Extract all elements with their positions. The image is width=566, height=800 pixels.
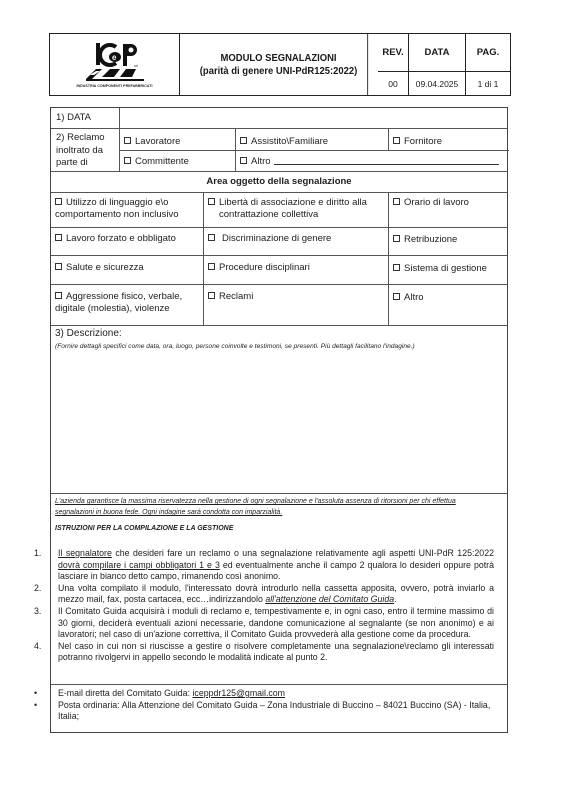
checkbox-icon[interactable]	[393, 235, 400, 242]
bullet-icon: •	[34, 700, 37, 712]
divider	[51, 493, 507, 494]
revision-label: REV.	[378, 34, 409, 72]
instruction-text: .	[394, 594, 396, 604]
divider	[51, 325, 507, 326]
checkbox-sistema-gestione[interactable]: Sistema di gestione	[393, 263, 487, 275]
option-label: Lavoro forzato e obbligato	[66, 233, 176, 244]
option-label: Reclami	[219, 291, 253, 302]
checkbox-altro-area[interactable]: Altro	[393, 292, 424, 304]
label-line: 2) Reclamo	[56, 132, 105, 145]
checkbox-altro-reporter[interactable]: Altro	[240, 156, 499, 168]
option-label: digitale (molestia), violenze	[55, 303, 182, 315]
contact-item: •E-mail diretta del Comitato Guida: icep…	[34, 688, 494, 700]
checkbox-procedure-disciplinari[interactable]: Procedure disciplinari	[208, 262, 310, 274]
option-label: Lavoratore	[135, 136, 180, 147]
altro-text-field[interactable]	[274, 157, 499, 165]
instruction-text: dovrà compilare i campi obbligatori 1 e …	[58, 560, 220, 570]
checkbox-retribuzione[interactable]: Retribuzione	[393, 234, 457, 246]
checkbox-icon[interactable]	[124, 137, 131, 144]
field-description-hint: (Fornire dettagli specifici come data, o…	[55, 341, 415, 353]
instruction-text: Il segnalatore	[58, 548, 112, 558]
checkbox-assistito-familiare[interactable]: Assistito\Familiare	[240, 136, 328, 148]
divider	[51, 684, 507, 685]
option-label: Committente	[135, 156, 189, 167]
option-label: Fornitore	[404, 136, 442, 147]
instruction-number: 1.	[34, 548, 41, 560]
checkbox-liberta-associazione[interactable]: Libertà di associazione e diritto allaco…	[208, 197, 367, 221]
option-label: Retribuzione	[404, 234, 457, 245]
svg-text:srl: srl	[134, 64, 138, 68]
option-label: contrattazione collettiva	[208, 209, 367, 221]
checkbox-icon[interactable]	[208, 292, 215, 299]
checkbox-salute-sicurezza[interactable]: Salute e sicurezza	[55, 262, 144, 274]
instruction-number: 4.	[34, 641, 41, 653]
date-value: 09.04.2025	[409, 72, 466, 95]
divider	[203, 192, 204, 325]
option-label: Procedure disciplinari	[219, 262, 310, 273]
svg-text:e: e	[112, 53, 117, 62]
checkbox-orario-lavoro[interactable]: Orario di lavoro	[393, 197, 469, 209]
divider	[51, 171, 507, 172]
title-line-1: MODULO SEGNALAZIONI	[221, 52, 337, 65]
field-description-label: 3) Descrizione:	[55, 328, 122, 340]
divider	[119, 108, 120, 171]
company-logo: e srl INDUSTRIA COMPONENTI PREFABBRICATI	[50, 34, 180, 95]
instruction-item: 2.Una volta compilato il modulo, l'inter…	[34, 583, 494, 606]
instruction-number: 2.	[34, 583, 41, 595]
option-label: Altro	[404, 292, 424, 303]
contacts-list: •E-mail diretta del Comitato Guida: icep…	[34, 688, 494, 723]
checkbox-discriminazione-genere[interactable]: Discriminazione di genere	[208, 233, 331, 245]
checkbox-icon[interactable]	[55, 263, 62, 270]
checkbox-fornitore[interactable]: Fornitore	[393, 136, 442, 148]
logo-tagline: INDUSTRIA COMPONENTI PREFABBRICATI	[76, 84, 152, 88]
notice-line: L'azienda garantisce la massima riservat…	[55, 496, 507, 507]
option-label: comportamento non inclusivo	[55, 209, 179, 221]
contact-item: •Posta ordinaria: Alla Attenzione del Co…	[34, 700, 494, 723]
divider	[51, 227, 507, 228]
checkbox-icon[interactable]	[55, 292, 62, 299]
checkbox-icon[interactable]	[393, 264, 400, 271]
instruction-text: Il Comitato Guida acquisirà i moduli di …	[58, 606, 494, 639]
field-data-label: 1) DATA	[56, 112, 91, 124]
instruction-text: che desideri fare un reclamo o una segna…	[112, 548, 494, 558]
instructions-title: ISTRUZIONI PER LA COMPILAZIONE E LA GEST…	[55, 523, 233, 535]
checkbox-icon[interactable]	[240, 137, 247, 144]
divider	[51, 284, 507, 285]
field-reporter-label: 2) Reclamo inoltrato da parte di	[56, 132, 105, 170]
instruction-text: Nel caso in cui non si riuscisse a gesti…	[58, 641, 494, 663]
checkbox-icon[interactable]	[55, 234, 62, 241]
checkbox-icon[interactable]	[208, 234, 215, 241]
instructions-list: 1.Il segnalatore che desideri fare un re…	[34, 548, 494, 664]
label-line: inoltrato da	[56, 145, 105, 158]
divider	[51, 255, 507, 256]
checkbox-linguaggio-non-inclusivo[interactable]: Utilizzo di linguaggio e\ocomportamento …	[55, 197, 179, 221]
contact-label: E-mail diretta del Comitato Guida:	[58, 688, 192, 698]
divider	[388, 128, 389, 150]
email-link[interactable]: iceppdr125@gmail.com	[192, 688, 285, 698]
checkbox-icon[interactable]	[393, 293, 400, 300]
option-label: Orario di lavoro	[404, 197, 469, 208]
checkbox-committente[interactable]: Committente	[124, 156, 189, 168]
document-title: MODULO SEGNALAZIONI (parità di genere UN…	[190, 34, 368, 95]
bullet-icon: •	[34, 688, 37, 700]
date-label: DATA	[409, 34, 466, 72]
area-section-title: Area oggetto della segnalazione	[51, 176, 507, 187]
checkbox-icon[interactable]	[55, 198, 62, 205]
field-data-input[interactable]	[121, 109, 507, 127]
divider	[51, 192, 507, 193]
option-label: Libertà di associazione e diritto alla	[219, 197, 367, 208]
checkbox-icon[interactable]	[240, 157, 247, 164]
checkbox-icon[interactable]	[208, 263, 215, 270]
icep-logo-icon: e srl	[82, 41, 148, 83]
checkbox-icon[interactable]	[393, 137, 400, 144]
contact-label: Posta ordinaria: Alla Attenzione del Com…	[58, 700, 490, 722]
field-description-input[interactable]	[53, 354, 505, 490]
option-label: Discriminazione di genere	[222, 233, 331, 244]
option-label: Salute e sicurezza	[66, 262, 144, 273]
divider	[388, 192, 389, 325]
divider	[119, 150, 509, 151]
checkbox-icon[interactable]	[393, 198, 400, 205]
option-label: Assistito\Familiare	[251, 136, 328, 147]
page-label: PAG.	[466, 34, 510, 72]
divider	[235, 128, 236, 171]
report-form: 1) DATA 2) Reclamo inoltrato da parte di…	[50, 107, 508, 733]
checkbox-aggressione-violenze[interactable]: Aggressione fisico, verbale,digitale (mo…	[55, 291, 182, 315]
notice-line: segnalazioni in buona fede. Ogni indagin…	[55, 507, 507, 518]
option-label: Aggressione fisico, verbale,	[66, 291, 182, 302]
checkbox-icon[interactable]	[124, 157, 131, 164]
instruction-item: 3.Il Comitato Guida acquisirà i moduli d…	[34, 606, 494, 641]
checkbox-lavoro-forzato[interactable]: Lavoro forzato e obbligato	[55, 233, 176, 245]
option-label: Utilizzo di linguaggio e\o	[66, 197, 168, 208]
checkbox-reclami[interactable]: Reclami	[208, 291, 253, 303]
label-line: parte di	[56, 157, 105, 170]
confidentiality-notice: L'azienda garantisce la massima riservat…	[55, 496, 507, 518]
revision-value: 00	[378, 72, 409, 95]
checkbox-icon[interactable]	[208, 198, 215, 205]
option-label: Sistema di gestione	[404, 263, 487, 274]
document-header: e srl INDUSTRIA COMPONENTI PREFABBRICATI…	[49, 33, 511, 96]
instruction-item: 4.Nel caso in cui non si riuscisse a ges…	[34, 641, 494, 664]
option-label: Altro	[251, 156, 271, 167]
instruction-item: 1.Il segnalatore che desideri fare un re…	[34, 548, 494, 583]
checkbox-lavoratore[interactable]: Lavoratore	[124, 136, 180, 148]
instruction-number: 3.	[34, 606, 41, 618]
page-value: 1 di 1	[466, 72, 510, 95]
instruction-text: all'attenzione del Comitato Guida	[265, 594, 394, 604]
title-line-2: (parità di genere UNI-PdR125:2022)	[200, 65, 358, 78]
